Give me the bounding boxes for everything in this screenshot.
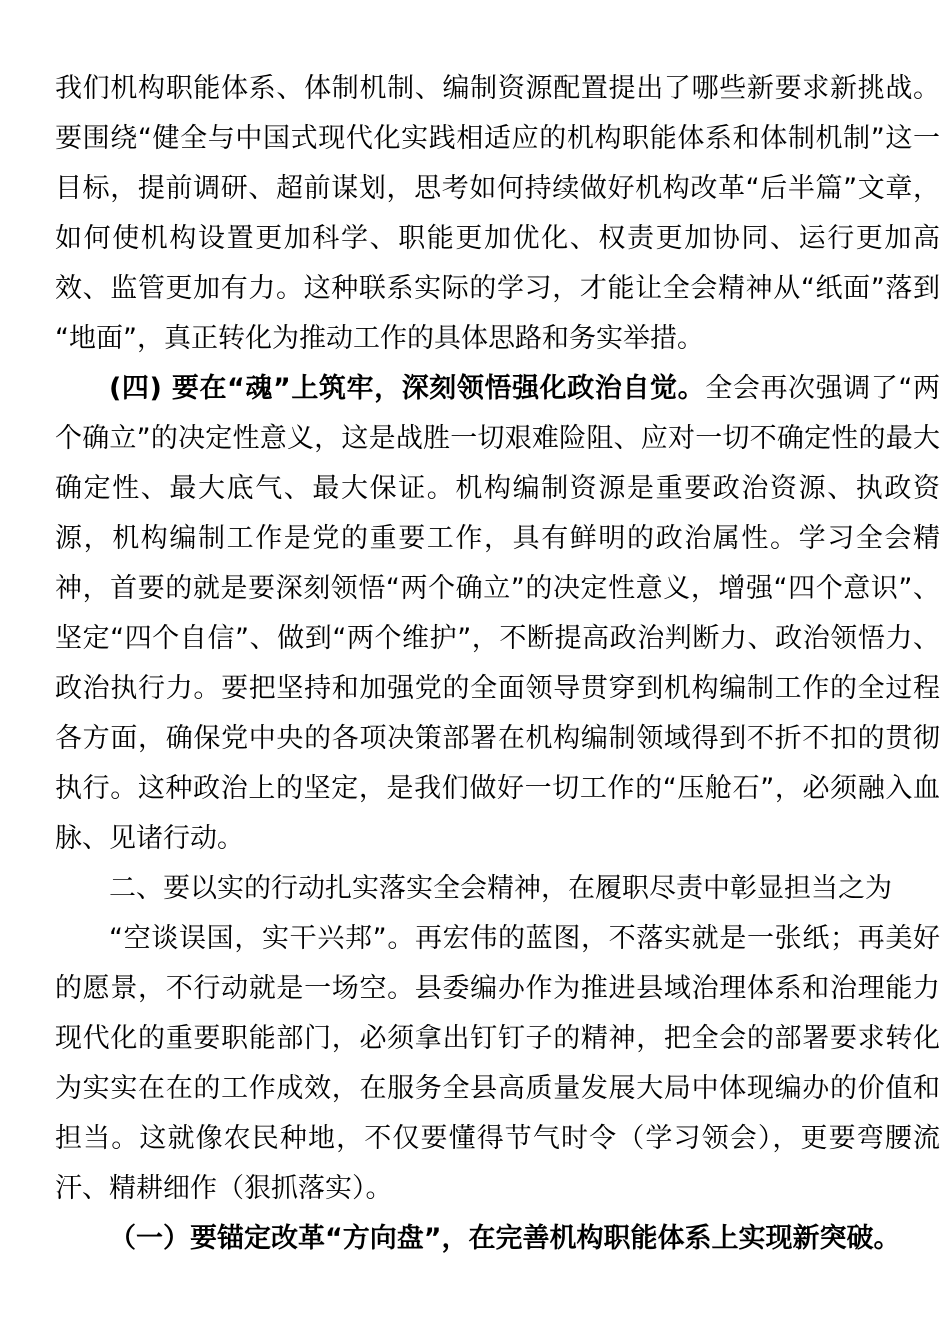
- document-page: 我们机构职能体系、体制机制、编制资源配置提出了哪些新要求新挑战。要围绕“健全与中…: [0, 0, 950, 1344]
- body-paragraph: “空谈误国，实干兴邦”。再宏伟的蓝图，不落实就是一张纸；再美好的愿景，不行动就是…: [55, 914, 940, 1214]
- bold-text-run: (四) 要在“魂”上筑牢，深刻领悟强化政治自觉。: [109, 373, 705, 404]
- body-paragraph: (四) 要在“魂”上筑牢，深刻领悟强化政治自觉。全会再次强调了“两个确立”的决定…: [55, 364, 940, 864]
- bold-text-run: （一）要锚定改革“方向盘”，在完善机构职能体系上实现新突破。: [109, 1223, 901, 1254]
- body-paragraph: 我们机构职能体系、体制机制、编制资源配置提出了哪些新要求新挑战。要围绕“健全与中…: [55, 64, 940, 364]
- text-run: 全会再次强调了“两个确立”的决定性意义，这是战胜一切艰难险阻、应对一切不确定性的…: [55, 373, 940, 854]
- heading-paragraph: （一）要锚定改革“方向盘”，在完善机构职能体系上实现新突破。: [55, 1214, 940, 1264]
- text-run: 二、要以实的行动扎实落实全会精神，在履职尽责中彰显担当之为: [109, 873, 892, 904]
- document-body: 我们机构职能体系、体制机制、编制资源配置提出了哪些新要求新挑战。要围绕“健全与中…: [0, 0, 950, 1264]
- heading-paragraph: 二、要以实的行动扎实落实全会精神，在履职尽责中彰显担当之为: [55, 864, 940, 914]
- text-run: 我们机构职能体系、体制机制、编制资源配置提出了哪些新要求新挑战。要围绕“健全与中…: [55, 73, 940, 354]
- text-run: “空谈误国，实干兴邦”。再宏伟的蓝图，不落实就是一张纸；再美好的愿景，不行动就是…: [55, 923, 940, 1204]
